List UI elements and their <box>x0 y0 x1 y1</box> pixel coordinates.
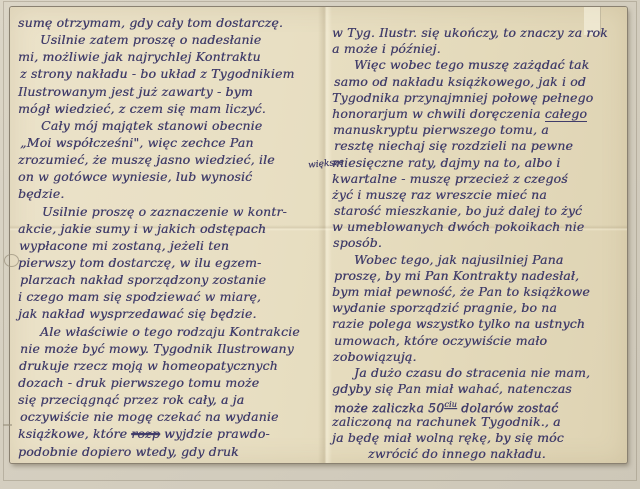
handwritten-line: zrozumieć, że muszę jasno wiedzieć, ile <box>18 151 320 168</box>
handwritten-text: Ale właściwie o tego rodzaju Kontrakcie <box>40 324 300 339</box>
handwritten-line: bym miał pewność, że Pan to książkowe <box>332 284 624 300</box>
handwritten-line: żyć i muszę raz wreszcie mieć na <box>332 187 624 203</box>
handwritten-text: oczywiście nie mogę czekać na wydanie <box>20 409 279 424</box>
handwritten-line: proszę, by mi Pan Kontrakty nadesłał, <box>334 268 624 284</box>
handwritten-line: Więc wobec tego muszę zażądać tak <box>332 57 624 73</box>
handwritten-line: Ale właściwie o tego rodzaju Kontrakcie <box>18 323 320 340</box>
handwritten-text: zobowiązują. <box>333 349 417 364</box>
handwritten-text: on w gotówce wyniesie, lub wynosić <box>18 169 252 184</box>
handwritten-text: podobnie dopiero wtedy, gdy druk <box>18 444 239 459</box>
handwritten-text: Tygodnika przynajmniej połowę pełnego <box>332 90 593 105</box>
handwritten-strike-word: rozp <box>131 426 160 441</box>
handwritten-line: zobowiązują. <box>333 349 624 365</box>
handwritten-line: Cały mój majątek stanowi obecnie <box>19 117 320 134</box>
handwritten-text: Więc wobec tego muszę zażądać tak <box>354 57 589 72</box>
handwritten-text: drukuje rzecz moją w homeopatycznych <box>19 358 278 373</box>
handwritten-line: kwartalne - muszę przecież z czegoś <box>332 171 624 187</box>
handwritten-text: dozach - druk pierwszego tomu może <box>18 375 259 390</box>
handwritten-line: gdyby się Pan miał wahać, natenczas <box>332 381 624 397</box>
handwritten-line: zwrócić do innego nakładu. <box>332 446 624 462</box>
handwritten-text: samo od nakładu książkowego, jak i od <box>334 74 586 89</box>
handwritten-text: starość mieszkanie, bo już dalej to żyć <box>334 203 582 218</box>
handwritten-text: jak nakład wysprzedawać się będzie. <box>18 306 257 321</box>
handwritten-text: i czego mam się spodziewać w miarę, <box>18 289 261 304</box>
handwritten-text: książkowe, które <box>18 426 131 441</box>
handwritten-text: umowach, które oczywiście mało <box>334 333 547 348</box>
handwritten-text: mógł wiedzieć, z czem się mam liczyć. <box>18 101 266 116</box>
handwritten-line: podobnie dopiero wtedy, gdy druk <box>18 443 320 460</box>
handwritten-text: proszę, by mi Pan Kontrakty nadesłał, <box>334 268 579 283</box>
handwritten-text: Cały mój majątek stanowi obecnie <box>41 118 262 133</box>
handwritten-line: sumę otrzymam, gdy cały tom dostarczę. <box>18 14 320 31</box>
handwritten-line: w umeblowanych dwóch pokoikach nie <box>332 219 624 235</box>
handwritten-line: może zaliczka 50ciu dolarów zostać <box>334 397 624 413</box>
handwritten-line: resztę niechaj się rozdzieli na pewne <box>334 138 624 154</box>
handwritten-text: zaliczoną na rachunek Tygodnik., a <box>332 414 561 429</box>
handwritten-text: wydanie sporządzić pragnie, bo na <box>332 300 557 315</box>
handwritten-text: Ilustrowanym jest już zawarty - bym <box>18 84 253 99</box>
handwritten-line: będzie. <box>18 185 320 202</box>
handwritten-line: miesięczne raty, dajmy na to, albo i <box>332 155 624 171</box>
handwritten-line: sposób. <box>333 235 624 251</box>
handwritten-line: pierwszy tom dostarczę, w ilu egzem- <box>18 254 320 271</box>
handwritten-line: honorarjum w chwili doręczenia całego <box>332 106 624 122</box>
handwritten-line: mógł wiedzieć, z czem się mam liczyć. <box>18 100 320 117</box>
handwritten-line: a może i później. <box>332 41 624 57</box>
handwritten-line: plarzach nakład sporządzony zostanie <box>20 271 320 288</box>
vertical-fold-crease <box>318 7 332 463</box>
handwritten-line: książkowe, które rozp wyjdzie prawdo- <box>18 425 320 442</box>
letter-page-right: w Tyg. Ilustr. się ukończy, to znaczy za… <box>332 25 624 462</box>
handwritten-text: ja będę miał wolną rękę, by się móc <box>332 430 564 445</box>
handwritten-text: w Tyg. Ilustr. się ukończy, to znaczy za… <box>332 25 608 40</box>
letter-sheet: sumę otrzymam, gdy cały tom dostarczę.Us… <box>10 7 627 463</box>
handwritten-sup-word: ciu <box>444 400 457 409</box>
handwritten-text: pierwszy tom dostarczę, w ilu egzem- <box>18 255 261 270</box>
handwritten-line: Tygodnika przynajmniej połowę pełnego <box>332 90 624 106</box>
handwritten-text: nie może być mowy. Tygodnik Ilustrowany <box>20 341 294 356</box>
handwritten-line: samo od nakładu książkowego, jak i od <box>334 74 624 90</box>
handwritten-line: dozach - druk pierwszego tomu może <box>18 374 320 391</box>
handwritten-line: akcie, jakie sumy i w jakich odstępach <box>18 220 320 237</box>
handwritten-line: mi, możliwie jak najrychlej Kontraktu <box>18 48 320 65</box>
handwritten-line: Ja dużo czasu do stracenia nie mam, <box>332 365 624 381</box>
handwritten-line: on w gotówce wyniesie, lub wynosić <box>18 168 320 185</box>
pencil-dash-mark <box>3 424 12 426</box>
handwritten-text: Usilnie zatem proszę o nadesłanie <box>40 32 261 47</box>
handwritten-line: jak nakład wysprzedawać się będzie. <box>18 305 320 322</box>
handwritten-line: ja będę miał wolną rękę, by się móc <box>332 430 624 446</box>
handwritten-text: akcie, jakie sumy i w jakich odstępach <box>18 221 266 236</box>
handwritten-line: i czego mam się spodziewać w miarę, <box>18 288 320 305</box>
handwritten-text: miesięczne raty, dajmy na to, albo i <box>332 155 560 170</box>
handwritten-text: sumę otrzymam, gdy cały tom dostarczę. <box>18 15 283 30</box>
handwritten-line: Ilustrowanym jest już zawarty - bym <box>18 83 320 100</box>
handwritten-text: będzie. <box>18 186 64 201</box>
handwritten-line: „Moi współcześni", więc zechce Pan <box>20 134 320 151</box>
handwritten-line: umowach, które oczywiście mało <box>334 333 624 349</box>
handwritten-line: wydanie sporządzić pragnie, bo na <box>332 300 624 316</box>
handwritten-text: manuskryptu pierwszego tomu, a <box>333 122 549 137</box>
handwritten-line: manuskryptu pierwszego tomu, a <box>333 122 624 138</box>
handwritten-text: kwartalne - muszę przecież z czegoś <box>332 171 568 186</box>
pencil-circle-mark <box>4 254 19 267</box>
handwritten-text: w umeblowanych dwóch pokoikach nie <box>332 219 584 234</box>
letter-page-left: sumę otrzymam, gdy cały tom dostarczę.Us… <box>18 14 320 460</box>
handwritten-text: mi, możliwie jak najrychlej Kontraktu <box>18 49 261 64</box>
handwritten-line: razie polega wszystko tylko na ustnych <box>332 316 624 332</box>
handwritten-text: Wobec tego, jak najusilniej Pana <box>354 252 563 267</box>
handwritten-text: resztę niechaj się rozdzieli na pewne <box>334 138 573 153</box>
handwritten-text: razie polega wszystko tylko na ustnych <box>332 316 585 331</box>
handwritten-text: „Moi współcześni", więc zechce Pan <box>20 135 254 150</box>
handwritten-line: oczywiście nie mogę czekać na wydanie <box>20 408 320 425</box>
handwritten-text: zwrócić do innego nakładu. <box>368 446 546 461</box>
handwritten-text: z strony nakładu - bo układ z Tygodnikie… <box>20 66 295 81</box>
handwritten-line: Wobec tego, jak najusilniej Pana <box>332 252 624 268</box>
handwritten-text: żyć i muszę raz wreszcie mieć na <box>332 187 547 202</box>
handwritten-text: zrozumieć, że muszę jasno wiedzieć, ile <box>18 152 275 167</box>
handwritten-text: bym miał pewność, że Pan to książkowe <box>332 284 590 299</box>
handwritten-text: gdyby się Pan miał wahać, natenczas <box>332 381 572 396</box>
handwritten-line: się przeciągnąć przez rok cały, a ja <box>18 391 320 408</box>
handwritten-line: drukuje rzecz moją w homeopatycznych <box>19 357 320 374</box>
handwritten-line: nie może być mowy. Tygodnik Ilustrowany <box>20 340 320 357</box>
handwritten-text: Ja dużo czasu do stracenia nie mam, <box>354 365 590 380</box>
handwritten-line: Usilnie proszę o zaznaczenie w kontr- <box>20 203 320 220</box>
framed-letter-scan: sumę otrzymam, gdy cały tom dostarczę.Us… <box>0 0 640 489</box>
handwritten-text: sposób. <box>333 235 382 250</box>
handwritten-text: a może i później. <box>332 41 441 56</box>
handwritten-line: starość mieszkanie, bo już dalej to żyć <box>334 203 624 219</box>
handwritten-text: Usilnie proszę o zaznaczenie w kontr- <box>42 204 287 219</box>
handwritten-text: wyjdzie prawdo- <box>160 426 270 441</box>
handwritten-line: zaliczoną na rachunek Tygodnik., a <box>332 414 624 430</box>
handwritten-line: w Tyg. Ilustr. się ukończy, to znaczy za… <box>332 25 624 41</box>
handwritten-line: Usilnie zatem proszę o nadesłanie <box>18 31 320 48</box>
handwritten-text: się przeciągnąć przez rok cały, a ja <box>18 392 244 407</box>
handwritten-line: z strony nakładu - bo układ z Tygodnikie… <box>20 65 320 82</box>
handwritten-text: honorarjum w chwili doręczenia <box>332 106 545 121</box>
handwritten-text: plarzach nakład sporządzony zostanie <box>20 272 266 287</box>
handwritten-line: wypłacone mi zostaną, jeżeli ten <box>19 237 320 254</box>
handwritten-text: wypłacone mi zostaną, jeżeli ten <box>19 238 229 253</box>
handwritten-underline-word: całego <box>545 106 587 122</box>
